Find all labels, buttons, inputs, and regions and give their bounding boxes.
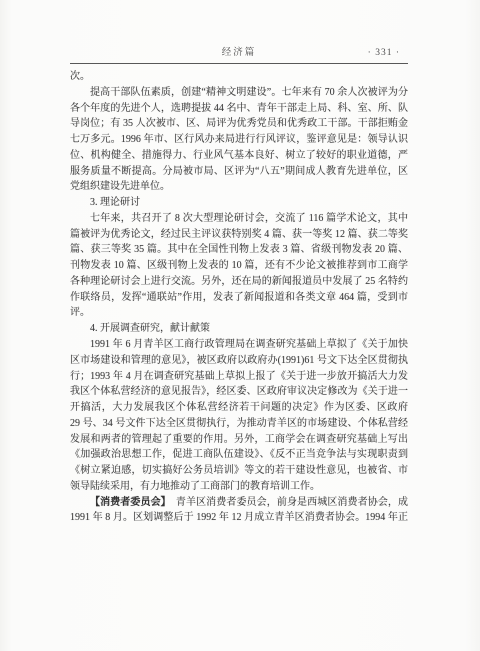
entry-title: 【消费者委员会】	[90, 497, 166, 508]
text-line: 领导陆续采用，有力地推动了工商部门的教育培训工作。	[70, 479, 408, 495]
body-text: 次。提高干部队伍素质，创建“精神文明建设”。七年来有 70 余人次被评为分局各个…	[70, 69, 408, 526]
text-line: 篇、获三等奖 35 篇。其中在全国性刊物上发表 3 篇、省级刊物发表 20 篇、…	[70, 242, 408, 258]
text-line: 篇被评为优秀论文，经过民主评议获特别奖 4 篇、获一等奖 12 篇、获二等奖 1…	[70, 227, 408, 243]
text-line: 提高干部队伍素质，创建“精神文明建设”。七年来有 70 余人次被评为分局	[70, 85, 408, 101]
text-line: 各种理论研讨会上进行交流。另外，还在局的新闻报道员中发展了 25 名特约写	[70, 274, 408, 290]
text-line: 4. 开展调查研究，献计献策	[70, 321, 408, 337]
text-line: 区市场建设和管理的意见》，被区政府以政府办(1991)61 号文下达全区贯彻执	[70, 353, 408, 369]
scanned-book-page: 经济篇 · 331 · 次。提高干部队伍素质，创建“精神文明建设”。七年来有 7…	[0, 0, 480, 651]
text-line: 刊物发表 10 篇、区级刊物上发表的 10 篇，还有不少论文被推荐到市工商学会及	[70, 258, 408, 274]
page-header: 经济篇 · 331 ·	[70, 46, 408, 64]
text-line: 《加强政治思想工作，促进工商队伍建设》、《反不正当竞争法与实现职责到位》、	[70, 447, 408, 463]
text-line: 服务质量不断提高。分局被市局、区评为“八五”期间成人教育先进单位，区基层	[70, 164, 408, 180]
text-line: 次。	[70, 69, 408, 85]
text-line: 七年来，共召开了 8 次大型理论研讨会，交流了 116 篇学术论文，其中有 68	[70, 211, 408, 227]
text-line: 行；1993 年 4 月在调查研究基础上草拟上报了《关于进一步放开搞活大力发展	[70, 369, 408, 385]
text-line: 导岗位；有 35 人次被市、区、局评为优秀党员和优秀政工干部。干部拒贿金额达	[70, 116, 408, 132]
text-line: 【消费者委员会】 青羊区消费者委员会，前身是西城区消费者协会，成立于	[70, 495, 408, 511]
page-number: · 331 ·	[368, 46, 400, 61]
text-line: 七万多元。1996 年市、区行风办来局进行行风评议，鉴评意见是：领导认识到	[70, 132, 408, 148]
text-line: 评。	[70, 305, 408, 321]
text-line: 各个年度的先进个人，选聘提拔 44 名中、青年干部走上局、科、室、所、队各级领	[70, 101, 408, 117]
text-line: 党组织建设先进单位。	[70, 179, 408, 195]
text-line: 位、机构健全、措施得力、行业风气基本良好、树立了较好的职业道德，严守纪律，	[70, 148, 408, 164]
text-line: 作联络员，发挥“通联站”作用，发表了新闻报道和各类文章 464 篇，受到市局好	[70, 290, 408, 306]
text-line: 发展和两者的管理起了重要的作用。另外，工商学会在调查研究基础上写出的	[70, 432, 408, 448]
text-line: 《树立紧迫感，切实搞好公务员培训》等文的若干建设性意见，也被省、市和分局	[70, 463, 408, 479]
text-line: 29 号、34 号文件下达全区贯彻执行，为推动青羊区的市场建设、个体私营经济的	[70, 416, 408, 432]
text-line: 我区个体私营经济的意见报告》，经区委、区政府审议决定修改为《关于进一步放	[70, 384, 408, 400]
text-line: 1991 年 8 月。区划调整后于 1992 年 12 月成立青羊区消费者协会。…	[70, 510, 408, 526]
section-title: 经济篇	[70, 46, 408, 61]
text-line: 3. 理论研讨	[70, 195, 408, 211]
text-line: 开搞活，大力发展我区个体私营经济若干问题的决定》作为区委、区政府(1993)	[70, 400, 408, 416]
text-line: 1991 年 6 月青羊区工商行政管理局在调查研究基础上草拟了《关于加快我	[70, 337, 408, 353]
